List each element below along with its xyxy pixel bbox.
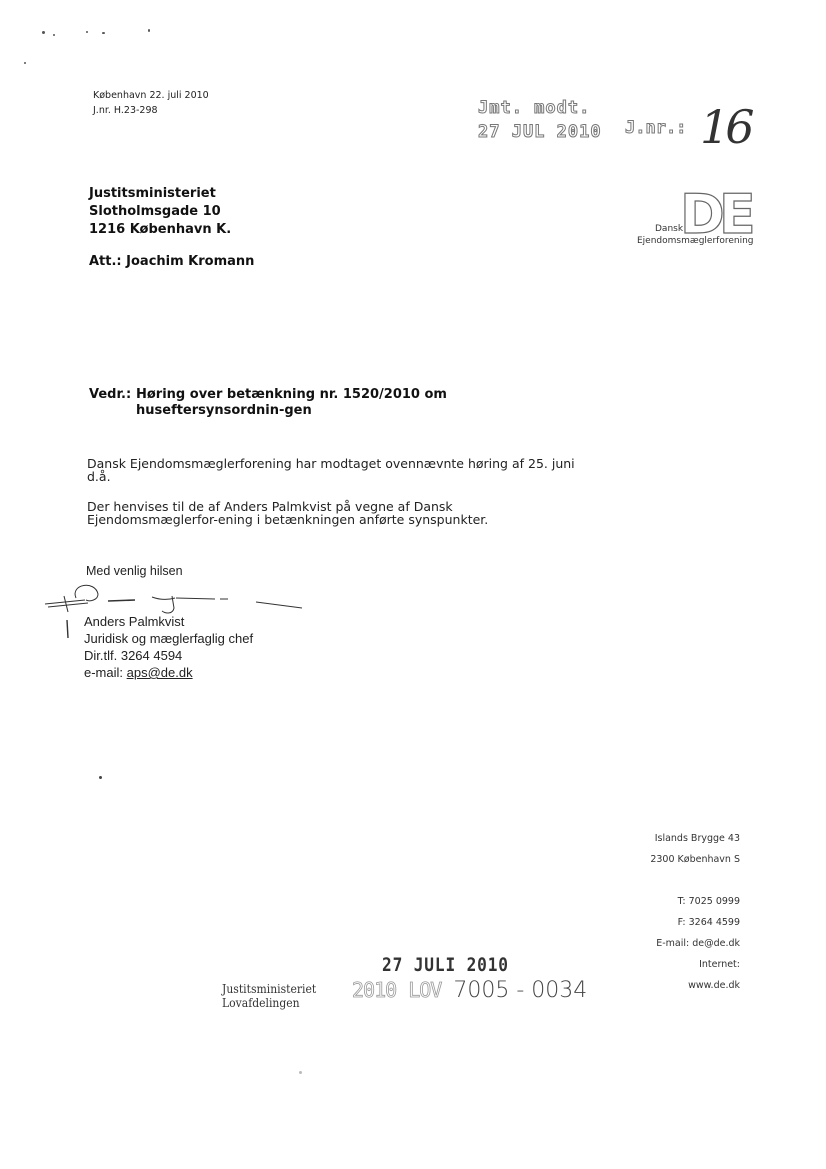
ministry-stamp-label: Justitsministeriet Lovafdelingen [222, 982, 316, 1010]
received-stamp-label: Jmt. modt. [478, 96, 602, 120]
scan-speck [53, 34, 55, 36]
ministry-name: Justitsministeriet [222, 982, 316, 996]
scan-speck [102, 32, 105, 34]
recipient-line: Slotholmsgade 10 [89, 203, 231, 221]
scan-speck [42, 31, 45, 34]
signer-title: Juridisk og mæglerfaglig chef [84, 630, 253, 647]
de-logo: DE Dansk Ejendomsmæglerforening [628, 188, 758, 248]
contact-website[interactable]: www.de.dk [650, 975, 740, 996]
signer-name: Anders Palmkvist [84, 613, 253, 630]
scan-speck [86, 31, 88, 33]
contact-email[interactable]: E-mail: de@de.dk [650, 933, 740, 954]
signature-block: Anders Palmkvist Juridisk og mæglerfagli… [84, 613, 253, 681]
contact-info: Islands Brygge 43 2300 København S T: 70… [650, 828, 740, 996]
jnr-stamp: J.nr.: [625, 118, 686, 138]
scan-speck [299, 1071, 302, 1074]
logo-letters: DE [680, 188, 750, 242]
recipient-line: 1216 København K. [89, 221, 231, 239]
scan-speck [24, 62, 26, 64]
contact-address-1: Islands Brygge 43 [650, 828, 740, 849]
contact-phone: T: 7025 0999 [650, 891, 740, 912]
email-link[interactable]: aps@de.dk [127, 665, 193, 680]
journal-number: J.nr. H.23-298 [93, 103, 209, 118]
contact-address-2: 2300 København S [650, 849, 740, 870]
place-date: København 22. juli 2010 [93, 88, 209, 103]
jnr-handwritten: 16 [700, 100, 751, 154]
letter-meta: København 22. juli 2010 J.nr. H.23-298 [93, 88, 209, 118]
case-number-suffix: 7005 - 0034 [453, 978, 587, 1003]
logo-line-2: Ejendomsmæglerforening [637, 236, 754, 246]
case-number-faded: LOV [408, 978, 441, 1002]
subject-text: Høring over betænkning nr. 1520/2010 om … [136, 387, 576, 419]
received-stamp: Jmt. modt. 27 JUL 2010 [478, 96, 602, 144]
recipient-line: Justitsministeriet [89, 185, 231, 203]
received-stamp-date: 27 JUL 2010 [478, 120, 602, 144]
signer-phone: Dir.tlf. 3264 4594 [84, 647, 253, 664]
contact-internet-label: Internet: [650, 954, 740, 975]
body-paragraph: Der henvises til de af Anders Palmkvist … [87, 500, 577, 526]
recipient-address: Justitsministeriet Slotholmsgade 10 1216… [89, 185, 231, 239]
signer-email-row: e-mail: aps@de.dk [84, 664, 253, 681]
closing: Med venlig hilsen [86, 564, 183, 578]
logo-line-1: Dansk [655, 224, 683, 234]
email-label: e-mail: [84, 665, 123, 680]
contact-fax: F: 3264 4599 [650, 912, 740, 933]
ministry-received-date: 27 JULI 2010 [382, 954, 509, 976]
scan-speck [99, 776, 102, 779]
ministry-department: Lovafdelingen [222, 996, 316, 1010]
case-number-stamp: 2010 LOV 7005 - 0034 [352, 978, 587, 1003]
attention-line: Att.: Joachim Kromann [89, 254, 254, 269]
body-paragraph: Dansk Ejendomsmæglerforening har modtage… [87, 457, 577, 483]
subject-label: Vedr.: [89, 387, 131, 403]
case-number-prefix: 2010 [352, 978, 396, 1002]
scan-speck [148, 29, 150, 32]
